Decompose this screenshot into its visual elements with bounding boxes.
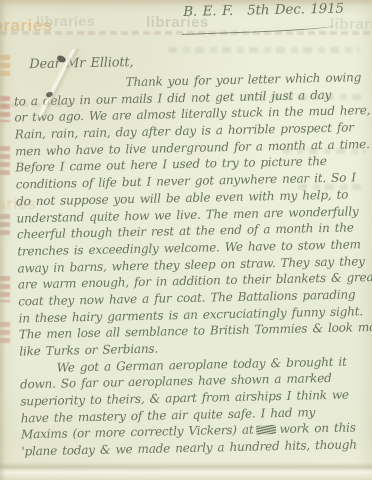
page-edge-shadow bbox=[0, 0, 6, 480]
letter-body: Thank you for your letter which owing to… bbox=[14, 69, 372, 460]
bottom-fold-shadow bbox=[0, 462, 372, 480]
page-edge-shadow bbox=[0, 0, 372, 6]
scanned-letter-page: libraries libraries libraries libraries … bbox=[0, 0, 372, 480]
date-underline bbox=[182, 26, 334, 35]
crossed-out-word bbox=[256, 425, 276, 435]
letter-line-segment: work on this bbox=[279, 421, 356, 437]
